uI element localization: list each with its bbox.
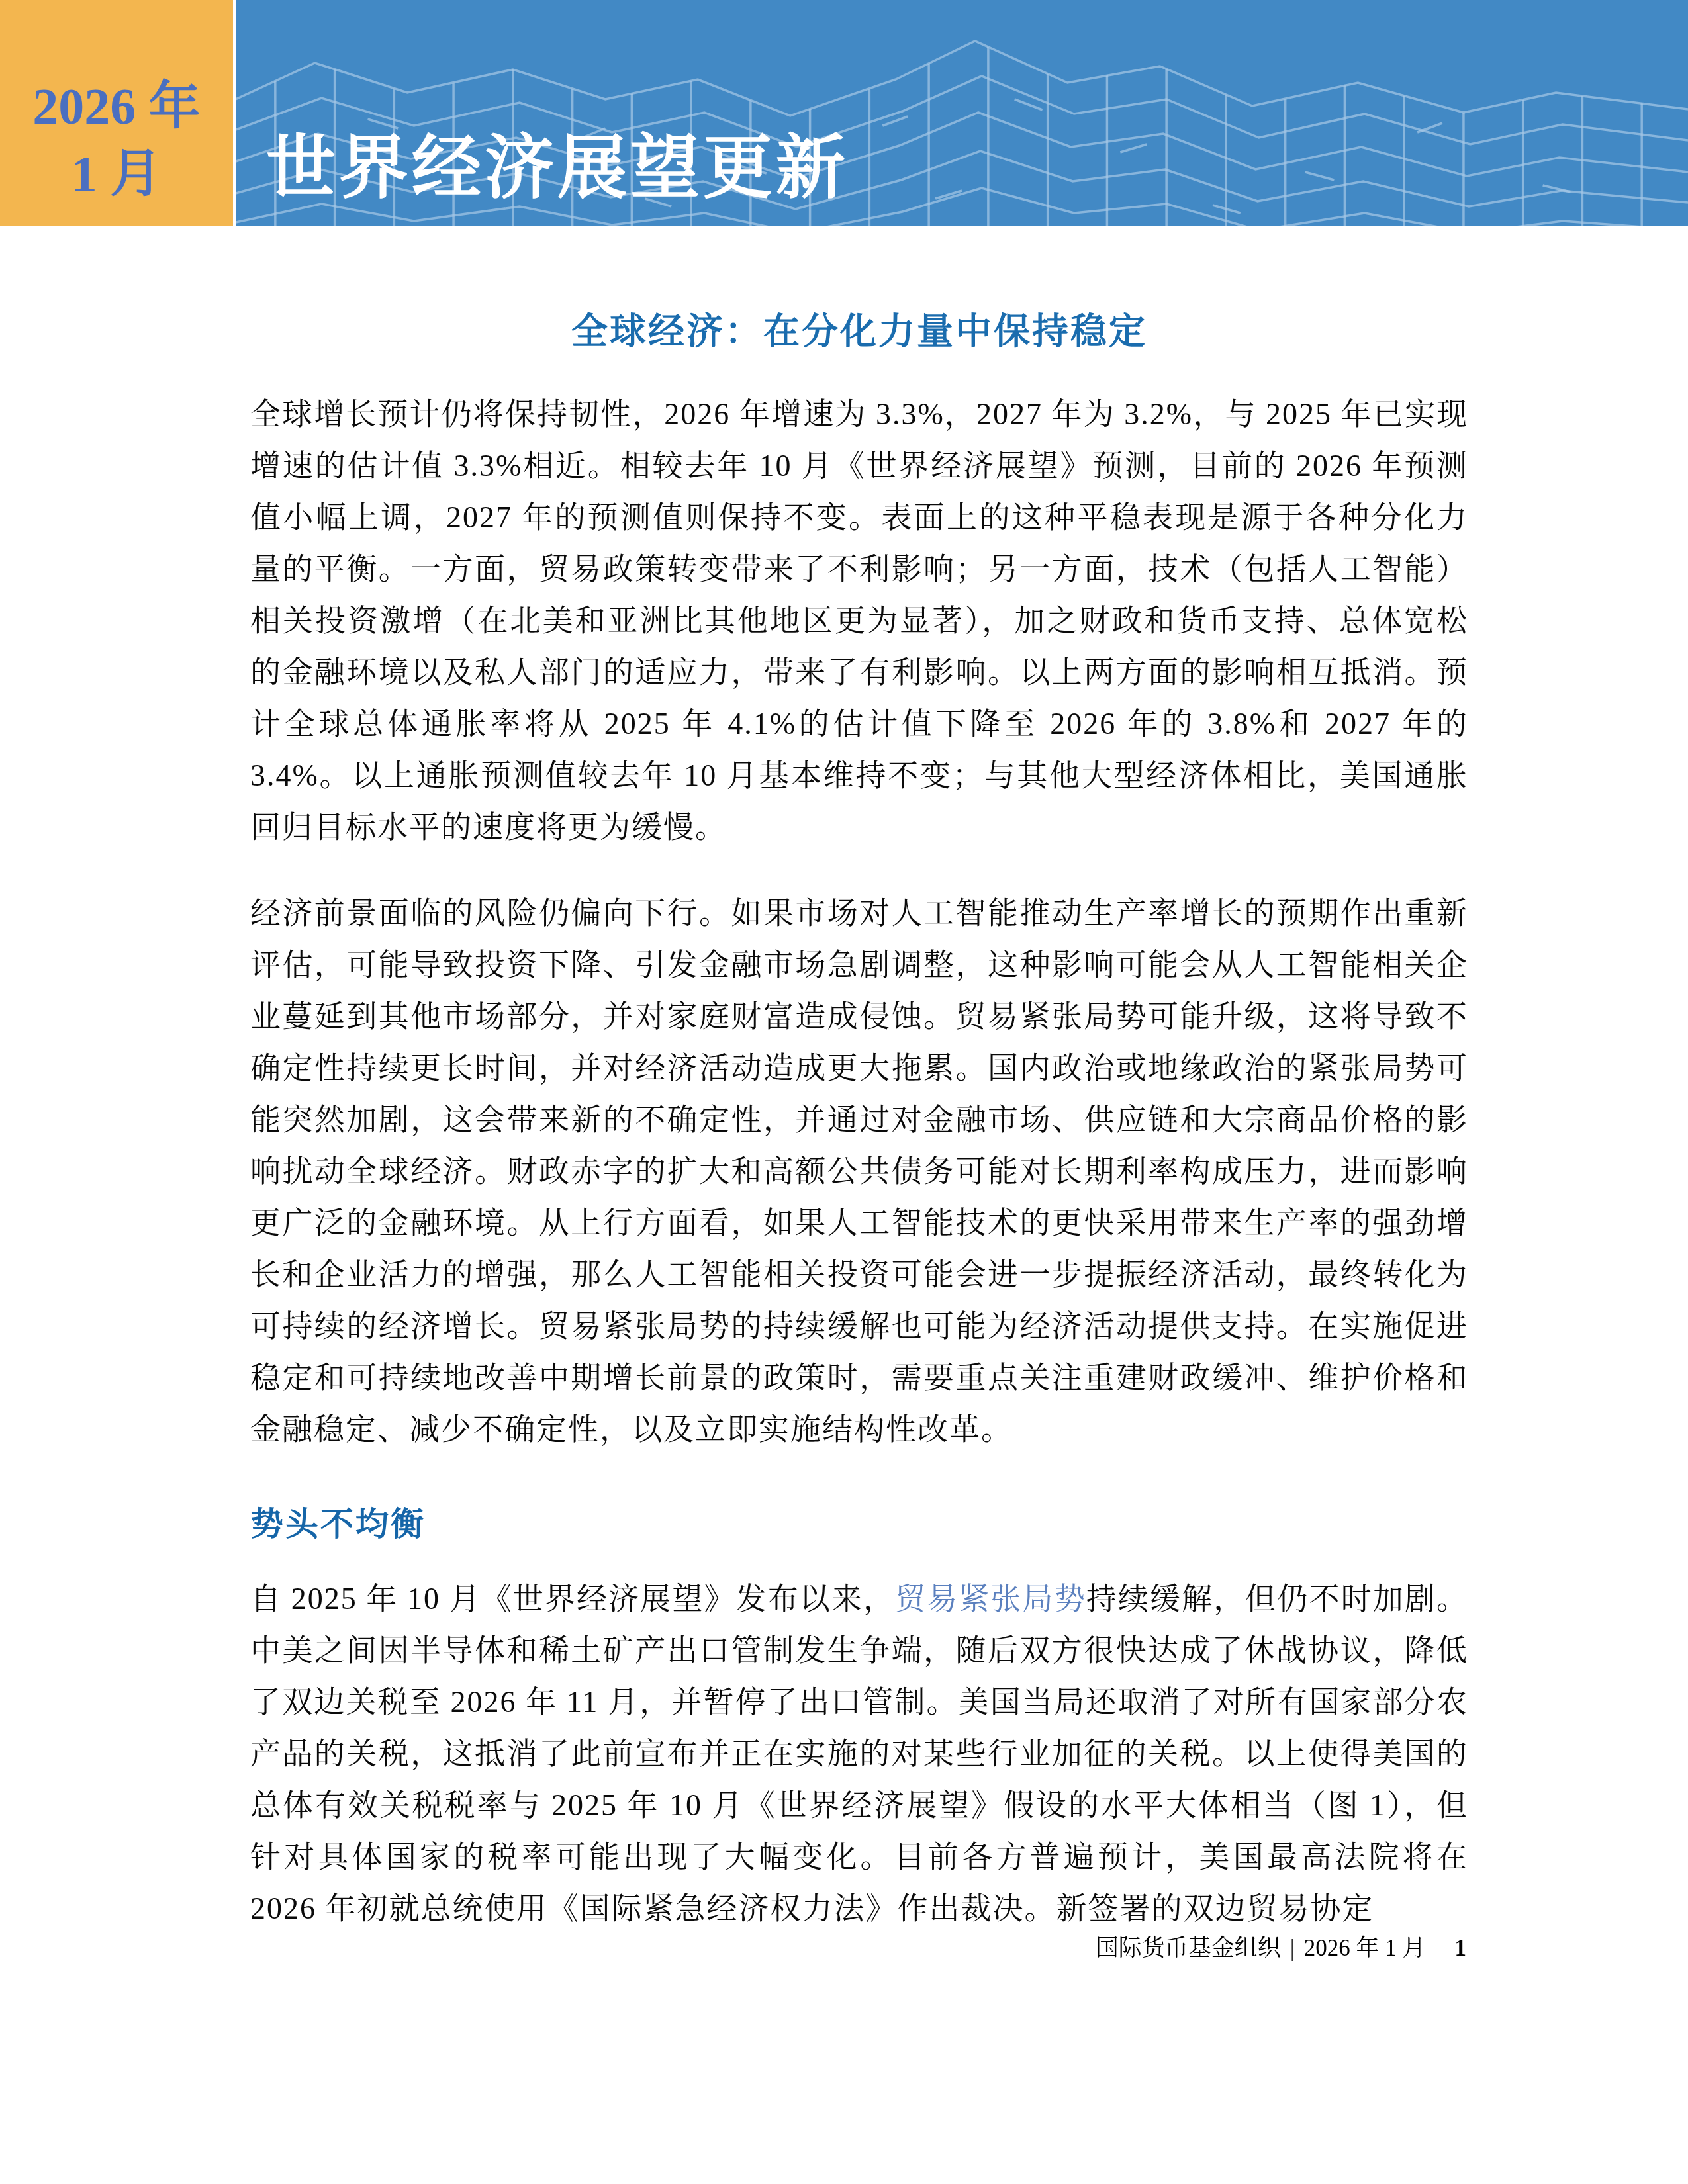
report-title: 世界经济展望更新 [266,112,849,212]
article-headline: 全球经济：在分化力量中保持稳定 [250,302,1468,354]
paragraph-trade: 自 2025 年 10 月《世界经济展望》发布以来，贸易紧张局势持续缓解，但仍不… [250,1573,1468,1934]
section-heading-momentum: 势头不均衡 [250,1498,1468,1545]
issue-month: 1 月 [0,140,233,208]
paragraph-trade-rest: 持续缓解，但仍不时加剧。中美之间因半导体和稀土矿产出口管制发生争端，随后双方很快… [250,1582,1468,1925]
masthead-banner: 世界经济展望更新 [236,0,1688,226]
trade-tensions-link[interactable]: 贸易紧张局势 [895,1582,1086,1615]
masthead: 2026 年 1 月 [0,0,1688,226]
issue-date-box: 2026 年 1 月 [0,0,236,226]
page-number: 1 [1455,1935,1467,1961]
paragraph-risks: 经济前景面临的风险仍偏向下行。如果市场对人工智能推动生产率增长的预期作出重新评估… [250,887,1468,1455]
article-body: 全球经济：在分化力量中保持稳定 全球增长预计仍将保持韧性，2026 年增速为 3… [250,302,1468,1934]
footer-organization: 国际货币基金组织 [1096,1935,1281,1961]
page-footer: 国际货币基金组织|2026 年 1 月1 [1096,1930,1466,1963]
paragraph-global-growth: 全球增长预计仍将保持韧性，2026 年增速为 3.3%，2027 年为 3.2%… [250,388,1468,853]
footer-date: 2026 年 1 月 [1304,1935,1426,1961]
footer-separator: | [1290,1935,1295,1961]
document-page: 2026 年 1 月 [0,0,1688,2184]
issue-year: 2026 年 [0,73,233,140]
paragraph-trade-lead: 自 2025 年 10 月《世界经济展望》发布以来， [250,1582,895,1615]
